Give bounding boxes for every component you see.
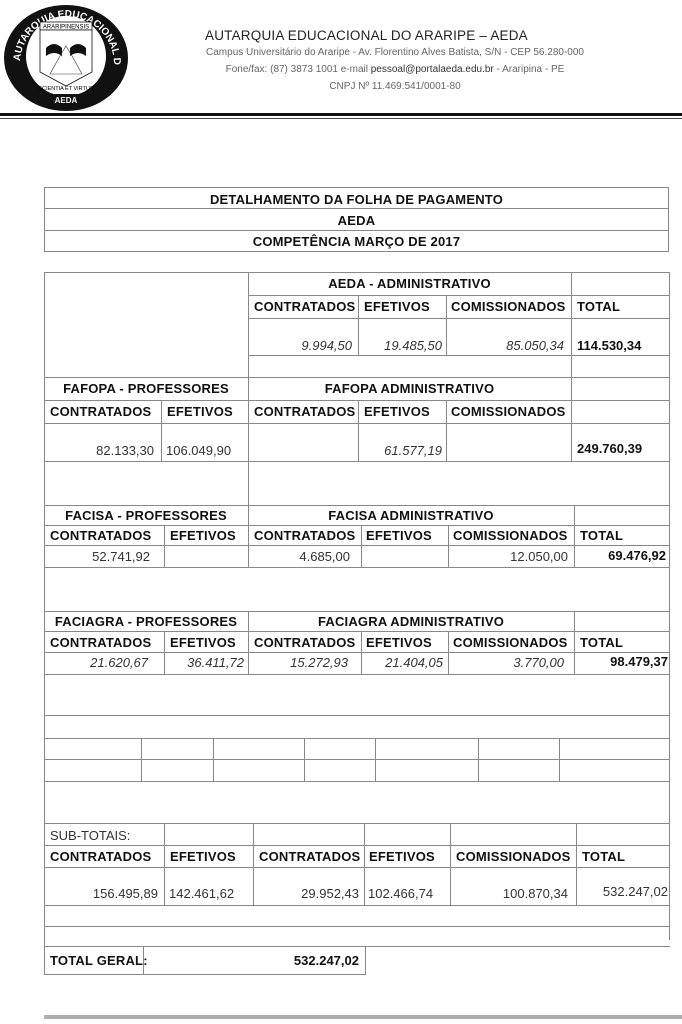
faciagra-prof-efetivos: 36.411,72 <box>166 655 244 670</box>
col-header-efetivos: EFETIVOS <box>366 635 432 650</box>
col-header-contratados: CONTRATADOS <box>259 849 360 864</box>
col-header-comissionados: COMISSIONADOS <box>453 635 568 650</box>
subtotal-total: 532.247,02 <box>578 884 668 899</box>
city-text: - Araripina - PE <box>497 64 565 75</box>
col-header-total: TOTAL <box>577 299 620 314</box>
phone-text: Fone/fax: (87) 3873 1001 e-mail <box>226 64 368 75</box>
col-header-contratados: CONTRATADOS <box>254 299 355 314</box>
faciagra-adm-contratados: 15.272,93 <box>250 655 348 670</box>
col-header-contratados: CONTRATADOS <box>50 528 151 543</box>
svg-text:SCIENTIA ET VIRTUS: SCIENTIA ET VIRTUS <box>38 86 93 92</box>
email-link[interactable]: pessoal@portalaeda.edu.br <box>371 64 494 75</box>
col-header-efetivos: EFETIVOS <box>170 635 236 650</box>
subtotais-label: SUB-TOTAIS: <box>50 828 130 843</box>
report-entity: AEDA <box>44 213 669 228</box>
fafopa-prof-title: FAFOPA - PROFESSORES <box>44 381 248 396</box>
address-line: Campus Universitário do Araripe - Av. Fl… <box>175 47 615 58</box>
col-header-efetivos: EFETIVOS <box>364 299 430 314</box>
facisa-total: 69.476,92 <box>576 548 666 563</box>
col-header-total: TOTAL <box>582 849 625 864</box>
faciagra-adm-efetivos: 21.404,05 <box>363 655 443 670</box>
subtotal-adm-contratados: 29.952,43 <box>255 886 359 901</box>
col-header-contratados: CONTRATADOS <box>254 528 355 543</box>
subtotal-prof-efetivos: 142.461,62 <box>169 886 234 901</box>
svg-text:AEDA: AEDA <box>55 96 78 105</box>
faciagra-total: 98.479,37 <box>576 654 668 669</box>
col-header-efetivos: EFETIVOS <box>364 404 430 419</box>
subtotal-adm-comissionados: 100.870,34 <box>452 886 568 901</box>
col-header-comissionados: COMISSIONADOS <box>451 299 566 314</box>
report-title: DETALHAMENTO DA FOLHA DE PAGAMENTO <box>44 192 669 207</box>
col-header-efetivos: EFETIVOS <box>167 404 233 419</box>
fafopa-prof-contratados: 82.133,30 <box>46 443 154 458</box>
col-header-efetivos: EFETIVOS <box>366 528 432 543</box>
fafopa-prof-efetivos: 106.049,90 <box>166 443 231 458</box>
total-geral-value: 532.247,02 <box>145 953 359 968</box>
aeda-logo: AUTARQUIA EDUCACIONAL DO ARARIPE ARARIPI… <box>2 2 130 112</box>
table-right-border <box>669 272 670 940</box>
col-header-efetivos: EFETIVOS <box>369 849 435 864</box>
col-header-contratados: CONTRATADOS <box>50 404 151 419</box>
aeda-adm-efetivos: 19.485,50 <box>360 338 442 353</box>
col-header-total: TOTAL <box>580 528 623 543</box>
col-header-comissionados: COMISSIONADOS <box>453 528 568 543</box>
col-header-efetivos: EFETIVOS <box>170 528 236 543</box>
faciagra-prof-contratados: 21.620,67 <box>46 655 148 670</box>
faciagra-adm-comissionados: 3.770,00 <box>450 655 564 670</box>
title-border <box>44 187 669 188</box>
col-header-comissionados: COMISSIONADOS <box>451 404 566 419</box>
total-geral-label: TOTAL GERAL: <box>50 953 148 968</box>
subtotal-adm-efetivos: 102.466,74 <box>368 886 433 901</box>
col-header-contratados: CONTRATADOS <box>50 635 151 650</box>
faciagra-prof-title: FACIAGRA - PROFESSORES <box>44 614 248 629</box>
col-header-efetivos: EFETIVOS <box>170 849 236 864</box>
aeda-total: 114.530,34 <box>577 338 641 353</box>
facisa-prof-title: FACISA - PROFESSORES <box>44 508 248 523</box>
facisa-prof-contratados: 52.741,92 <box>46 549 150 564</box>
col-header-contratados: CONTRATADOS <box>254 404 355 419</box>
col-header-contratados: CONTRATADOS <box>50 849 151 864</box>
report-period: COMPETÊNCIA MARÇO DE 2017 <box>44 234 669 249</box>
empty-row-divider <box>44 715 670 716</box>
fafopa-admin-title: FAFOPA ADMINISTRATIVO <box>248 381 571 396</box>
facisa-adm-comissionados: 12.050,00 <box>450 549 568 564</box>
aeda-adm-comissionados: 85.050,34 <box>448 338 564 353</box>
faciagra-admin-title: FACIAGRA ADMINISTRATIVO <box>248 614 574 629</box>
subtotal-prof-contratados: 156.495,89 <box>46 886 158 901</box>
institution-title: AUTARQUIA EDUCACIONAL DO ARARIPE – AEDA <box>205 28 528 43</box>
facisa-admin-title: FACISA ADMINISTRATIVO <box>248 508 574 523</box>
fafopa-total: 249.760,39 <box>577 441 642 456</box>
facisa-adm-contratados: 4.685,00 <box>250 549 350 564</box>
header-divider-thin <box>0 118 682 119</box>
cnpj-line: CNPJ Nº 11.469.541/0001-80 <box>175 81 615 92</box>
col-header-total: TOTAL <box>580 635 623 650</box>
header-divider <box>0 113 682 116</box>
contact-line: Fone/fax: (87) 3873 1001 e-mail pessoal@… <box>175 64 615 75</box>
fafopa-adm-efetivos: 61.577,19 <box>360 443 442 458</box>
aeda-admin-title: AEDA - ADMINISTRATIVO <box>248 276 571 291</box>
col-header-contratados: CONTRATADOS <box>254 635 355 650</box>
aeda-adm-contratados: 9.994,50 <box>250 338 352 353</box>
col-header-comissionados: COMISSIONADOS <box>456 849 571 864</box>
footer-divider <box>44 1015 682 1019</box>
